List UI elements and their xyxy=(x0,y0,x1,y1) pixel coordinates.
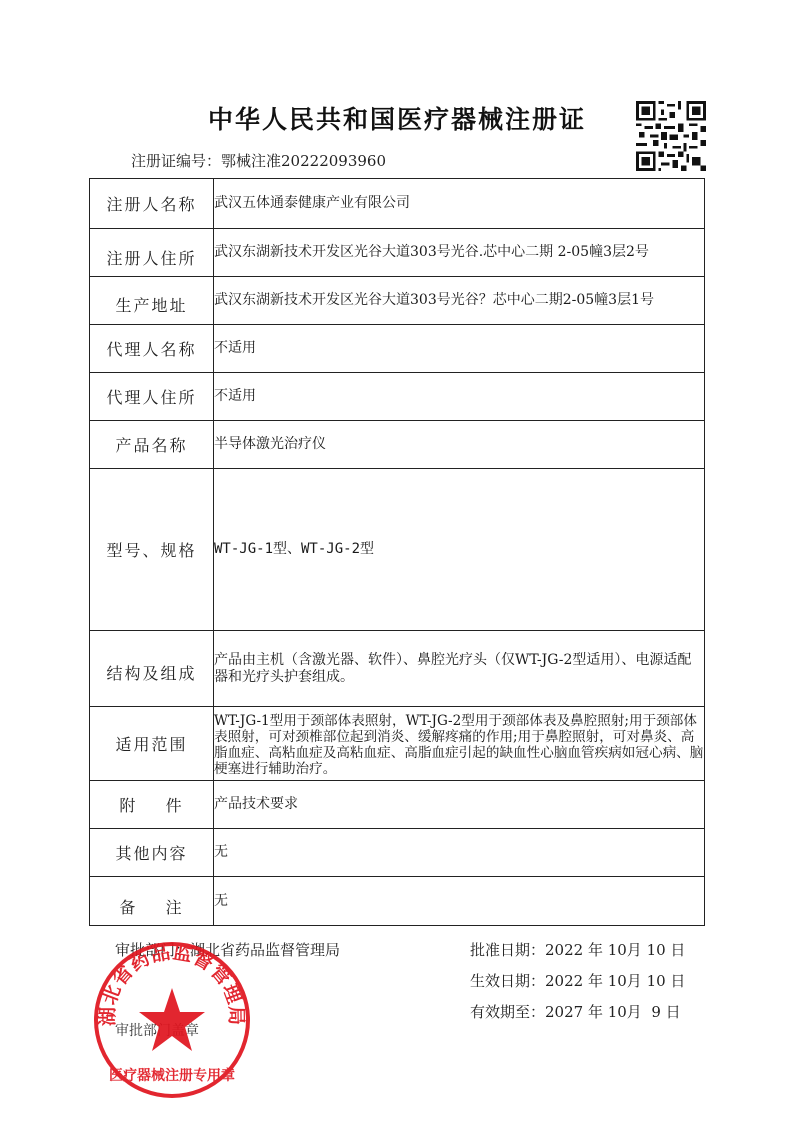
row-value: 无 xyxy=(214,829,705,877)
seal-bottom-text: 医疗器械注册专用章 xyxy=(109,1067,235,1084)
row-label: 注册人名称 xyxy=(90,179,214,229)
row-label: 适用范围 xyxy=(90,707,214,781)
row-label: 产品名称 xyxy=(90,421,214,469)
expiry-date: 有效期至：2027 年 10月 9 日 xyxy=(470,1001,685,1032)
row-label: 其他内容 xyxy=(90,829,214,877)
row-value: 产品由主机（含激光器、软件）、鼻腔光疗头（仅WT-JG-2型适用）、电源适配器和… xyxy=(214,631,705,707)
row-label: 代理人名称 xyxy=(90,325,214,373)
table-row: 注册人名称 武汉五体通泰健康产业有限公司 xyxy=(90,179,705,229)
table-row: 其他内容 无 xyxy=(90,829,705,877)
row-value: 无 xyxy=(214,877,705,926)
row-value: 不适用 xyxy=(214,325,705,373)
row-label: 型号、规格 xyxy=(90,469,214,631)
row-label: 结构及组成 xyxy=(90,631,214,707)
table-row: 注册人住所 武汉东湖新技术开发区光谷大道303号光谷.芯中心二期 2-05幢3层… xyxy=(90,229,705,277)
row-label: 代理人住所 xyxy=(90,373,214,421)
registration-number-value: 鄂械注准20222093960 xyxy=(221,152,386,170)
table-row: 生产地址 武汉东湖新技术开发区光谷大道303号光谷？芯中心二期2-05幢3层1号 xyxy=(90,277,705,325)
row-value: 武汉东湖新技术开发区光谷大道303号光谷？芯中心二期2-05幢3层1号 xyxy=(214,277,705,325)
row-value: 武汉五体通泰健康产业有限公司 xyxy=(214,179,705,229)
row-value: 武汉东湖新技术开发区光谷大道303号光谷.芯中心二期 2-05幢3层2号 xyxy=(214,229,705,277)
row-value: 产品技术要求 xyxy=(214,781,705,829)
table-row: 备 注 无 xyxy=(90,877,705,926)
registration-number-label: 注册证编号： xyxy=(131,152,221,170)
table-row: 产品名称 半导体激光治疗仪 xyxy=(90,421,705,469)
table-row: 代理人名称 不适用 xyxy=(90,325,705,373)
dates-block: 批准日期：2022 年 10月 10 日 生效日期：2022 年 10月 10 … xyxy=(470,939,685,1032)
row-label: 备 注 xyxy=(90,877,214,926)
row-value: 不适用 xyxy=(214,373,705,421)
row-value: WT-JG-1型、WT-JG-2型 xyxy=(214,469,705,631)
row-label: 附 件 xyxy=(90,781,214,829)
row-value: WT-JG-1型用于颈部体表照射，WT-JG-2型用于颈部体表及鼻腔照射;用于颈… xyxy=(214,707,705,781)
table-row: 结构及组成 产品由主机（含激光器、软件）、鼻腔光疗头（仅WT-JG-2型适用）、… xyxy=(90,631,705,707)
table-row: 型号、规格 WT-JG-1型、WT-JG-2型 xyxy=(90,469,705,631)
table-row: 代理人住所 不适用 xyxy=(90,373,705,421)
effective-date: 生效日期：2022 年 10月 10 日 xyxy=(470,970,685,1001)
row-value: 半导体激光治疗仪 xyxy=(214,421,705,469)
qr-code-icon xyxy=(636,101,706,171)
row-label: 生产地址 xyxy=(90,277,214,325)
certificate-table: 注册人名称 武汉五体通泰健康产业有限公司 注册人住所 武汉东湖新技术开发区光谷大… xyxy=(89,178,705,926)
row-label: 注册人住所 xyxy=(90,229,214,277)
table-row: 适用范围 WT-JG-1型用于颈部体表照射，WT-JG-2型用于颈部体表及鼻腔照… xyxy=(90,707,705,781)
approval-date: 批准日期：2022 年 10月 10 日 xyxy=(470,939,685,970)
table-row: 附 件 产品技术要求 xyxy=(90,781,705,829)
registration-number: 注册证编号：鄂械注准20222093960 xyxy=(131,150,386,171)
official-seal-icon: 湖北省药品监督管理局 医疗器械注册专用章 xyxy=(92,940,252,1100)
